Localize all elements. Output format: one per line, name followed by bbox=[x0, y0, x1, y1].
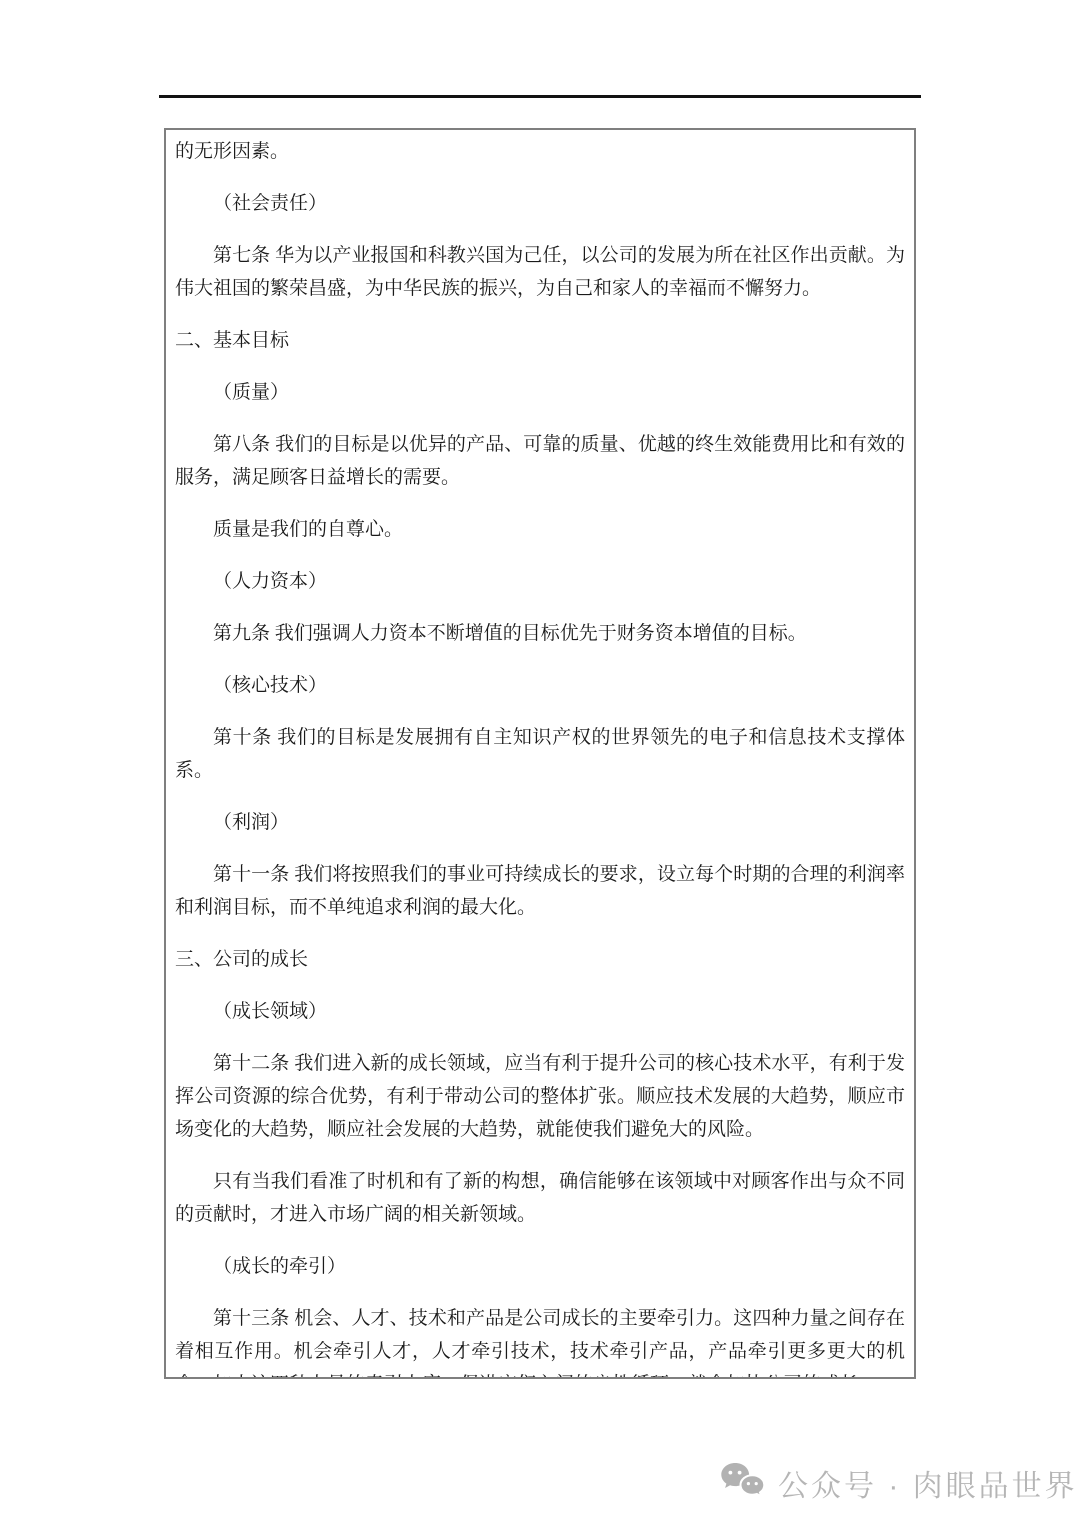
paragraph: 第十二条 我们进入新的成长领域，应当有利于提升公司的核心技术水平，有利于发挥公司… bbox=[175, 1047, 905, 1146]
paragraph: 二、基本目标 bbox=[175, 324, 905, 357]
paragraph: （质量） bbox=[175, 376, 905, 409]
paragraph: （人力资本） bbox=[175, 565, 905, 598]
paragraph: 第七条 华为以产业报国和科教兴国为己任，以公司的发展为所在社区作出贡献。为伟大祖… bbox=[175, 239, 905, 305]
paragraph: 质量是我们的自尊心。 bbox=[175, 513, 905, 546]
paragraph: （成长的牵引） bbox=[175, 1250, 905, 1283]
paragraph: 第八条 我们的目标是以优异的产品、可靠的质量、优越的终生效能费用比和有效的服务，… bbox=[175, 428, 905, 494]
paragraph: （利润） bbox=[175, 806, 905, 839]
paragraph: 只有当我们看准了时机和有了新的构想，确信能够在该领域中对顾客作出与众不同的贡献时… bbox=[175, 1165, 905, 1231]
paragraph: 三、公司的成长 bbox=[175, 943, 905, 976]
page: 的无形因素。（社会责任）第七条 华为以产业报国和科教兴国为己任，以公司的发展为所… bbox=[0, 0, 1080, 1528]
paragraph: （成长领域） bbox=[175, 995, 905, 1028]
paragraph: （核心技术） bbox=[175, 669, 905, 702]
top-divider-line bbox=[159, 95, 921, 98]
document-frame: 的无形因素。（社会责任）第七条 华为以产业报国和科教兴国为己任，以公司的发展为所… bbox=[164, 128, 916, 1379]
paragraph: 的无形因素。 bbox=[175, 135, 905, 168]
paragraph: 第十三条 机会、人才、技术和产品是公司成长的主要牵引力。这四种力量之间存在着相互… bbox=[175, 1302, 905, 1377]
document-body: 的无形因素。（社会责任）第七条 华为以产业报国和科教兴国为己任，以公司的发展为所… bbox=[166, 130, 914, 1377]
paragraph: （社会责任） bbox=[175, 187, 905, 220]
watermark: 公众号 · 肉眼品世界 bbox=[721, 1458, 1078, 1508]
wechat-icon bbox=[721, 1462, 765, 1504]
paragraph: 第十条 我们的目标是发展拥有自主知识产权的世界领先的电子和信息技术支撑体系。 bbox=[175, 721, 905, 787]
watermark-text: 公众号 · 肉眼品世界 bbox=[778, 1461, 1078, 1505]
paragraph: 第十一条 我们将按照我们的事业可持续成长的要求，设立每个时期的合理的利润率和利润… bbox=[175, 858, 905, 924]
paragraph: 第九条 我们强调人力资本不断增值的目标优先于财务资本增值的目标。 bbox=[175, 617, 905, 650]
